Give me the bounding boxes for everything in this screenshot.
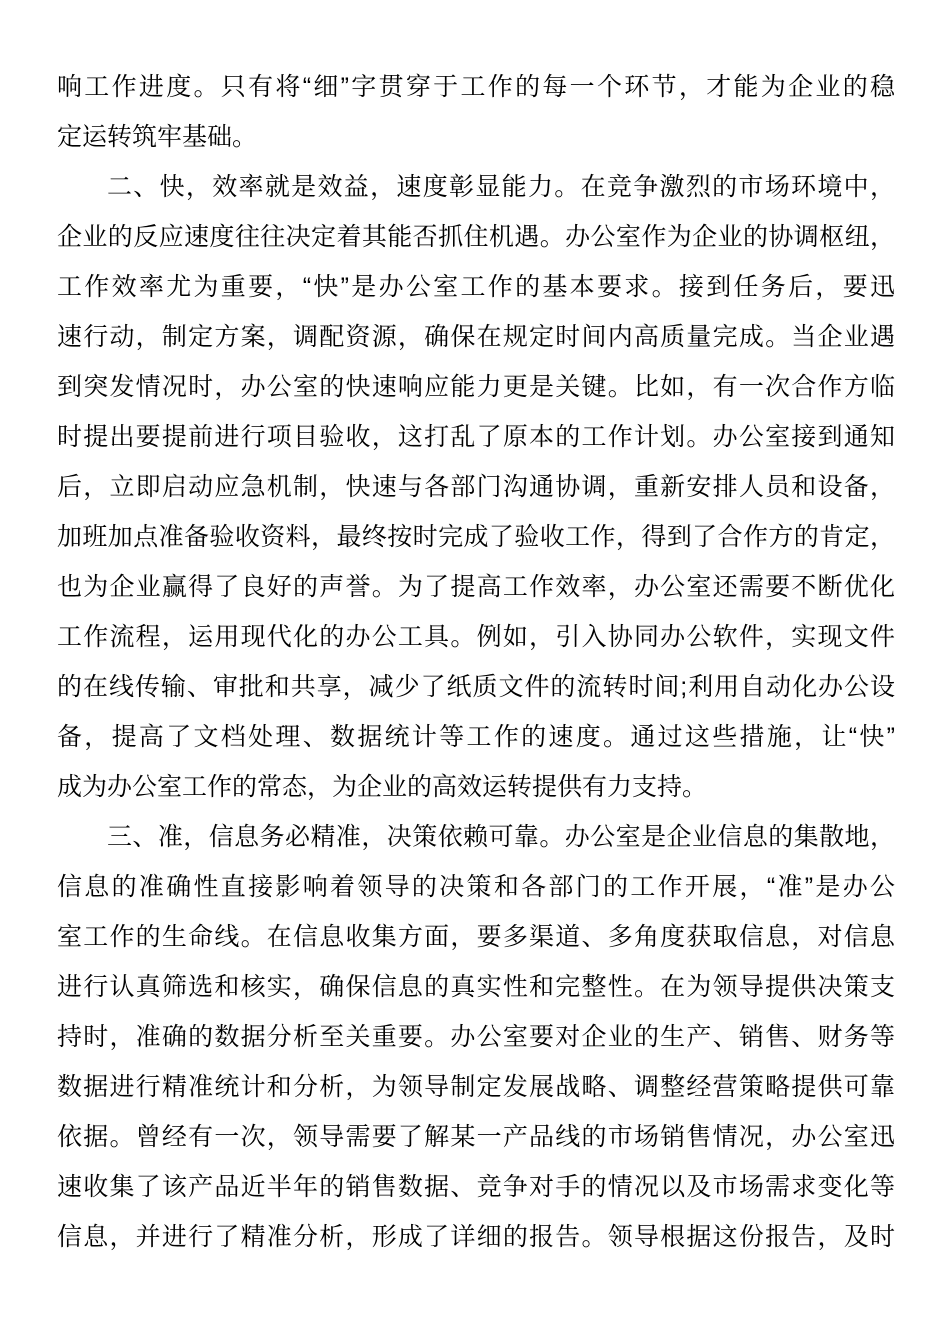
text-line: 的在线传输、审批和共享，减少了纸质文件的流转时间;利用自动化办公设: [57, 662, 895, 712]
text-line: 速收集了该产品近半年的销售数据、竞争对手的情况以及市场需求变化等: [57, 1162, 895, 1212]
text-line: 持时，准确的数据分析至关重要。办公室要对企业的生产、销售、财务等: [57, 1012, 895, 1062]
text-line: 成为办公室工作的常态，为企业的高效运转提供有力支持。: [57, 762, 895, 812]
text-line: 数据进行精准统计和分析，为领导制定发展战略、调整经营策略提供可靠: [57, 1062, 895, 1112]
text-line: 信息的准确性直接影响着领导的决策和各部门的工作开展，“准”是办公: [57, 862, 895, 912]
text-line: 备，提高了文档处理、数据统计等工作的速度。通过这些措施，让“快”: [57, 712, 895, 762]
text-line: 加班加点准备验收资料，最终按时完成了验收工作，得到了合作方的肯定，: [57, 512, 895, 562]
text-line: 速行动，制定方案，调配资源，确保在规定时间内高质量完成。当企业遇: [57, 312, 895, 362]
text-line: 三、准，信息务必精准，决策依赖可靠。办公室是企业信息的集散地，: [57, 812, 895, 862]
text-line: 后，立即启动应急机制，快速与各部门沟通协调，重新安排人员和设备，: [57, 462, 895, 512]
text-line: 进行认真筛选和核实，确保信息的真实性和完整性。在为领导提供决策支: [57, 962, 895, 1012]
text-line: 定运转筑牢基础。: [57, 112, 895, 162]
text-line: 也为企业赢得了良好的声誉。为了提高工作效率，办公室还需要不断优化: [57, 562, 895, 612]
text-line: 室工作的生命线。在信息收集方面，要多渠道、多角度获取信息，对信息: [57, 912, 895, 962]
text-line: 到突发情况时，办公室的快速响应能力更是关键。比如，有一次合作方临: [57, 362, 895, 412]
text-line: 二、快，效率就是效益，速度彰显能力。在竞争激烈的市场环境中，: [57, 162, 895, 212]
document-page: 响工作进度。只有将“细”字贯穿于工作的每一个环节，才能为企业的稳定运转筑牢基础。…: [0, 0, 950, 1344]
text-line: 企业的反应速度往往决定着其能否抓住机遇。办公室作为企业的协调枢纽，: [57, 212, 895, 262]
text-line: 依据。曾经有一次，领导需要了解某一产品线的市场销售情况，办公室迅: [57, 1112, 895, 1162]
text-line: 响工作进度。只有将“细”字贯穿于工作的每一个环节，才能为企业的稳: [57, 62, 895, 112]
text-line: 信息，并进行了精准分析，形成了详细的报告。领导根据这份报告，及时: [57, 1212, 895, 1262]
document-body: 响工作进度。只有将“细”字贯穿于工作的每一个环节，才能为企业的稳定运转筑牢基础。…: [57, 62, 895, 1262]
text-line: 工作效率尤为重要，“快”是办公室工作的基本要求。接到任务后，要迅: [57, 262, 895, 312]
text-line: 时提出要提前进行项目验收，这打乱了原本的工作计划。办公室接到通知: [57, 412, 895, 462]
text-line: 工作流程，运用现代化的办公工具。例如，引入协同办公软件，实现文件: [57, 612, 895, 662]
